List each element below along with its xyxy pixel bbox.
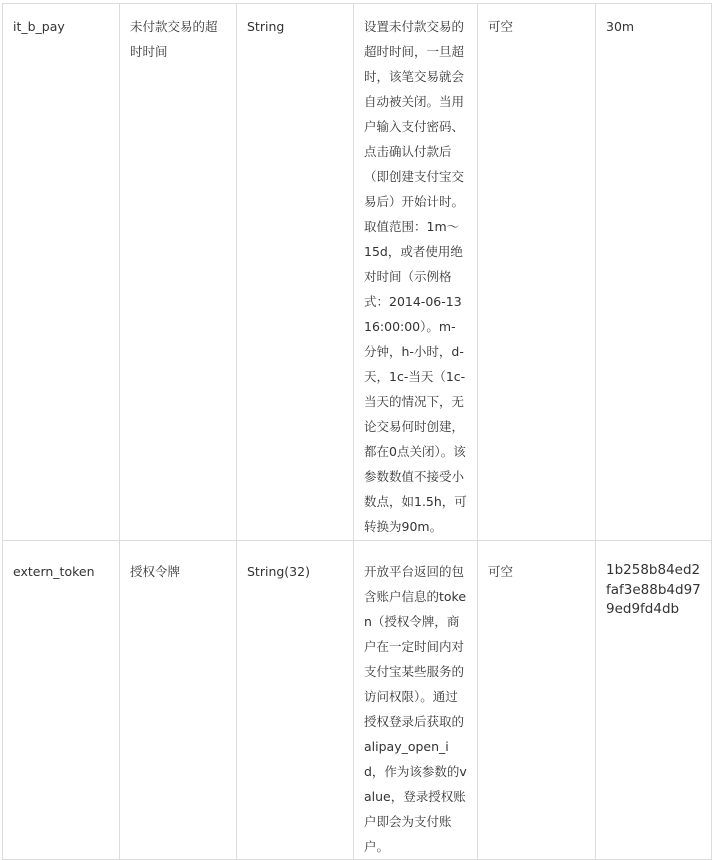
parameter-table: it_b_pay 未付款交易的超时时间 String 设置未付款交易的超时时间，… xyxy=(2,3,712,840)
name-cell: 授权令牌 xyxy=(120,541,237,841)
example-cell: 30m xyxy=(596,4,712,541)
type-cell: String(32) xyxy=(237,541,354,841)
nullable-cell: 可空 xyxy=(478,541,596,841)
param-cell: it_b_pay xyxy=(3,4,120,541)
name-cell: 未付款交易的超时时间 xyxy=(120,4,237,541)
nullable-cell: 可空 xyxy=(478,4,596,541)
type-cell: String xyxy=(237,4,354,541)
description-cell: 设置未付款交易的超时时间，一旦超时，该笔交易就会自动被关闭。当用户输入支付密码、… xyxy=(354,4,478,541)
param-cell: extern_token xyxy=(3,541,120,841)
example-cell: 1b258b84ed2faf3e88b4d979ed9fd4db xyxy=(596,541,712,841)
table-row: extern_token 授权令牌 String(32) 开放平台返回的包含账户… xyxy=(3,541,712,841)
description-cell: 开放平台返回的包含账户信息的token（授权令牌，商户在一定时间内对支付宝某些服… xyxy=(354,541,478,841)
table-row: it_b_pay 未付款交易的超时时间 String 设置未付款交易的超时时间，… xyxy=(3,4,712,541)
